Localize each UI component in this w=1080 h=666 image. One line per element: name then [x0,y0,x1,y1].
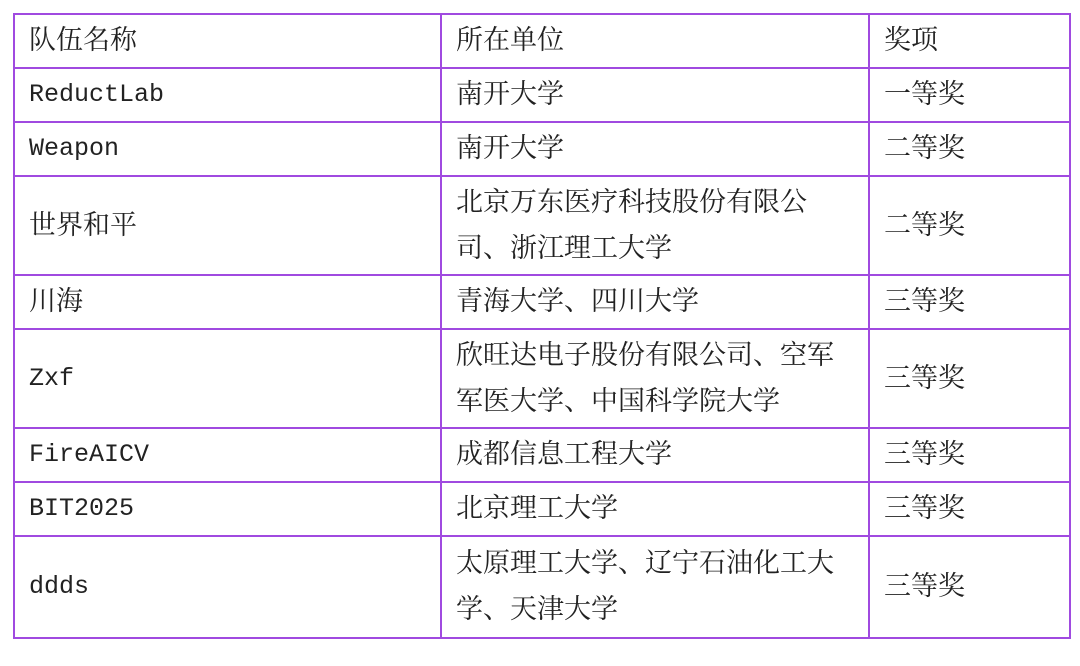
table-row: ddds 太原理工大学、辽宁石油化工大学、天津大学 三等奖 [14,536,1070,638]
team-name-cell: Zxf [14,329,441,428]
table-row: 川海 青海大学、四川大学 三等奖 [14,275,1070,329]
unit-cell: 青海大学、四川大学 [441,275,869,329]
header-unit: 所在单位 [441,14,869,68]
table-row: 世界和平 北京万东医疗科技股份有限公司、浙江理工大学 二等奖 [14,176,1070,275]
awards-table: 队伍名称 所在单位 奖项 ReductLab 南开大学 一等奖 Weapon 南… [13,13,1071,639]
header-team-name: 队伍名称 [14,14,441,68]
team-name-cell: FireAICV [14,428,441,482]
award-cell: 三等奖 [869,275,1070,329]
award-cell: 三等奖 [869,428,1070,482]
team-name-cell: ReductLab [14,68,441,122]
award-cell: 三等奖 [869,536,1070,638]
award-cell: 二等奖 [869,122,1070,176]
table-row: ReductLab 南开大学 一等奖 [14,68,1070,122]
table-row: Zxf 欣旺达电子股份有限公司、空军军医大学、中国科学院大学 三等奖 [14,329,1070,428]
team-name-cell: BIT2025 [14,482,441,536]
award-cell: 三等奖 [869,482,1070,536]
award-cell: 三等奖 [869,329,1070,428]
team-name-cell: 世界和平 [14,176,441,275]
table-row: FireAICV 成都信息工程大学 三等奖 [14,428,1070,482]
unit-cell: 太原理工大学、辽宁石油化工大学、天津大学 [441,536,869,638]
table-row: Weapon 南开大学 二等奖 [14,122,1070,176]
table-header-row: 队伍名称 所在单位 奖项 [14,14,1070,68]
team-name-cell: 川海 [14,275,441,329]
unit-cell: 南开大学 [441,68,869,122]
header-award: 奖项 [869,14,1070,68]
team-name-cell: ddds [14,536,441,638]
unit-cell: 欣旺达电子股份有限公司、空军军医大学、中国科学院大学 [441,329,869,428]
team-name-cell: Weapon [14,122,441,176]
unit-cell: 北京理工大学 [441,482,869,536]
award-cell: 一等奖 [869,68,1070,122]
award-cell: 二等奖 [869,176,1070,275]
awards-table-container: 队伍名称 所在单位 奖项 ReductLab 南开大学 一等奖 Weapon 南… [13,13,1071,639]
unit-cell: 南开大学 [441,122,869,176]
unit-cell: 北京万东医疗科技股份有限公司、浙江理工大学 [441,176,869,275]
unit-cell: 成都信息工程大学 [441,428,869,482]
table-row: BIT2025 北京理工大学 三等奖 [14,482,1070,536]
